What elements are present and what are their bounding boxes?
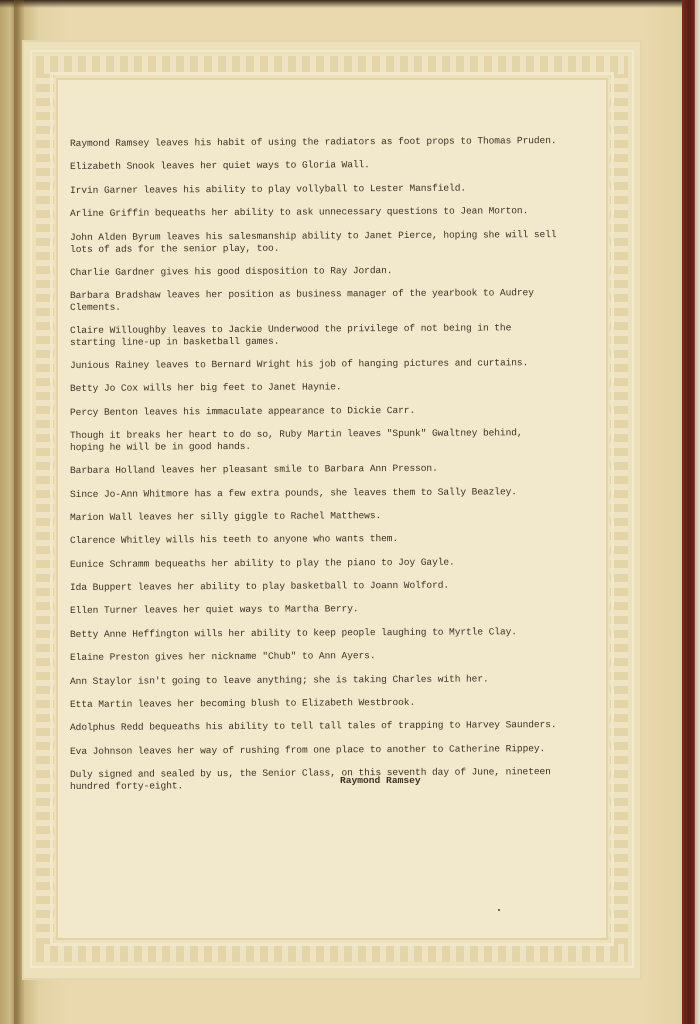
will-entry: Elaine Preston gives her nickname "Chub"… — [70, 649, 560, 664]
book-page: Raymond Ramsey leaves his habit of using… — [0, 0, 700, 1024]
will-entry: Junious Rainey leaves to Bernard Wright … — [70, 357, 560, 372]
will-entry: John Alden Byrum leaves his salesmanship… — [70, 229, 560, 256]
will-entry: Ida Buppert leaves her ability to play b… — [70, 579, 560, 594]
paper-speck — [498, 909, 500, 911]
will-entry: Betty Anne Heffington wills her ability … — [70, 626, 560, 641]
will-entry: Barbara Bradshaw leaves her position as … — [70, 287, 560, 314]
signature: Raymond Ramsey — [340, 775, 421, 786]
class-will-entries: Raymond Ramsey leaves his habit of using… — [70, 138, 560, 804]
will-entry: Irvin Garner leaves his ability to play … — [70, 182, 560, 197]
will-entry: Eunice Schramm bequeaths her ability to … — [70, 556, 560, 571]
will-entry: Clarence Whitley wills his teeth to anyo… — [70, 532, 560, 547]
will-entry: Etta Martin leaves her becoming blush to… — [70, 696, 560, 711]
will-entry: Adolphus Redd bequeaths his ability to t… — [70, 719, 560, 734]
will-entry: Claire Willoughby leaves to Jackie Under… — [70, 322, 560, 349]
will-entry: Marion Wall leaves her silly giggle to R… — [70, 509, 560, 524]
will-entry: Though it breaks her heart to do so, Rub… — [70, 427, 560, 454]
will-entry: Elizabeth Snook leaves her quiet ways to… — [70, 158, 560, 173]
will-entry: Eva Johnson leaves her way of rushing fr… — [70, 743, 560, 758]
book-cover-edge — [682, 0, 700, 1024]
will-entry: Percy Benton leaves his immaculate appea… — [70, 404, 560, 419]
will-entry: Arline Griffin bequeaths her ability to … — [70, 205, 560, 220]
will-entry: Barbara Holland leaves her pleasant smil… — [70, 462, 560, 477]
page-top-shadow — [0, 0, 690, 8]
will-entry: Ellen Turner leaves her quiet ways to Ma… — [70, 602, 560, 617]
will-entry: Betty Jo Cox wills her big feet to Janet… — [70, 380, 560, 395]
will-entry: Duly signed and sealed by us, the Senior… — [70, 766, 560, 793]
will-entry: Since Jo-Ann Whitmore has a few extra po… — [70, 486, 560, 501]
will-entry: Raymond Ramsey leaves his habit of using… — [70, 135, 560, 150]
will-entry: Ann Staylor isn't going to leave anythin… — [70, 673, 560, 688]
will-entry: Charlie Gardner gives his good dispositi… — [70, 264, 560, 279]
